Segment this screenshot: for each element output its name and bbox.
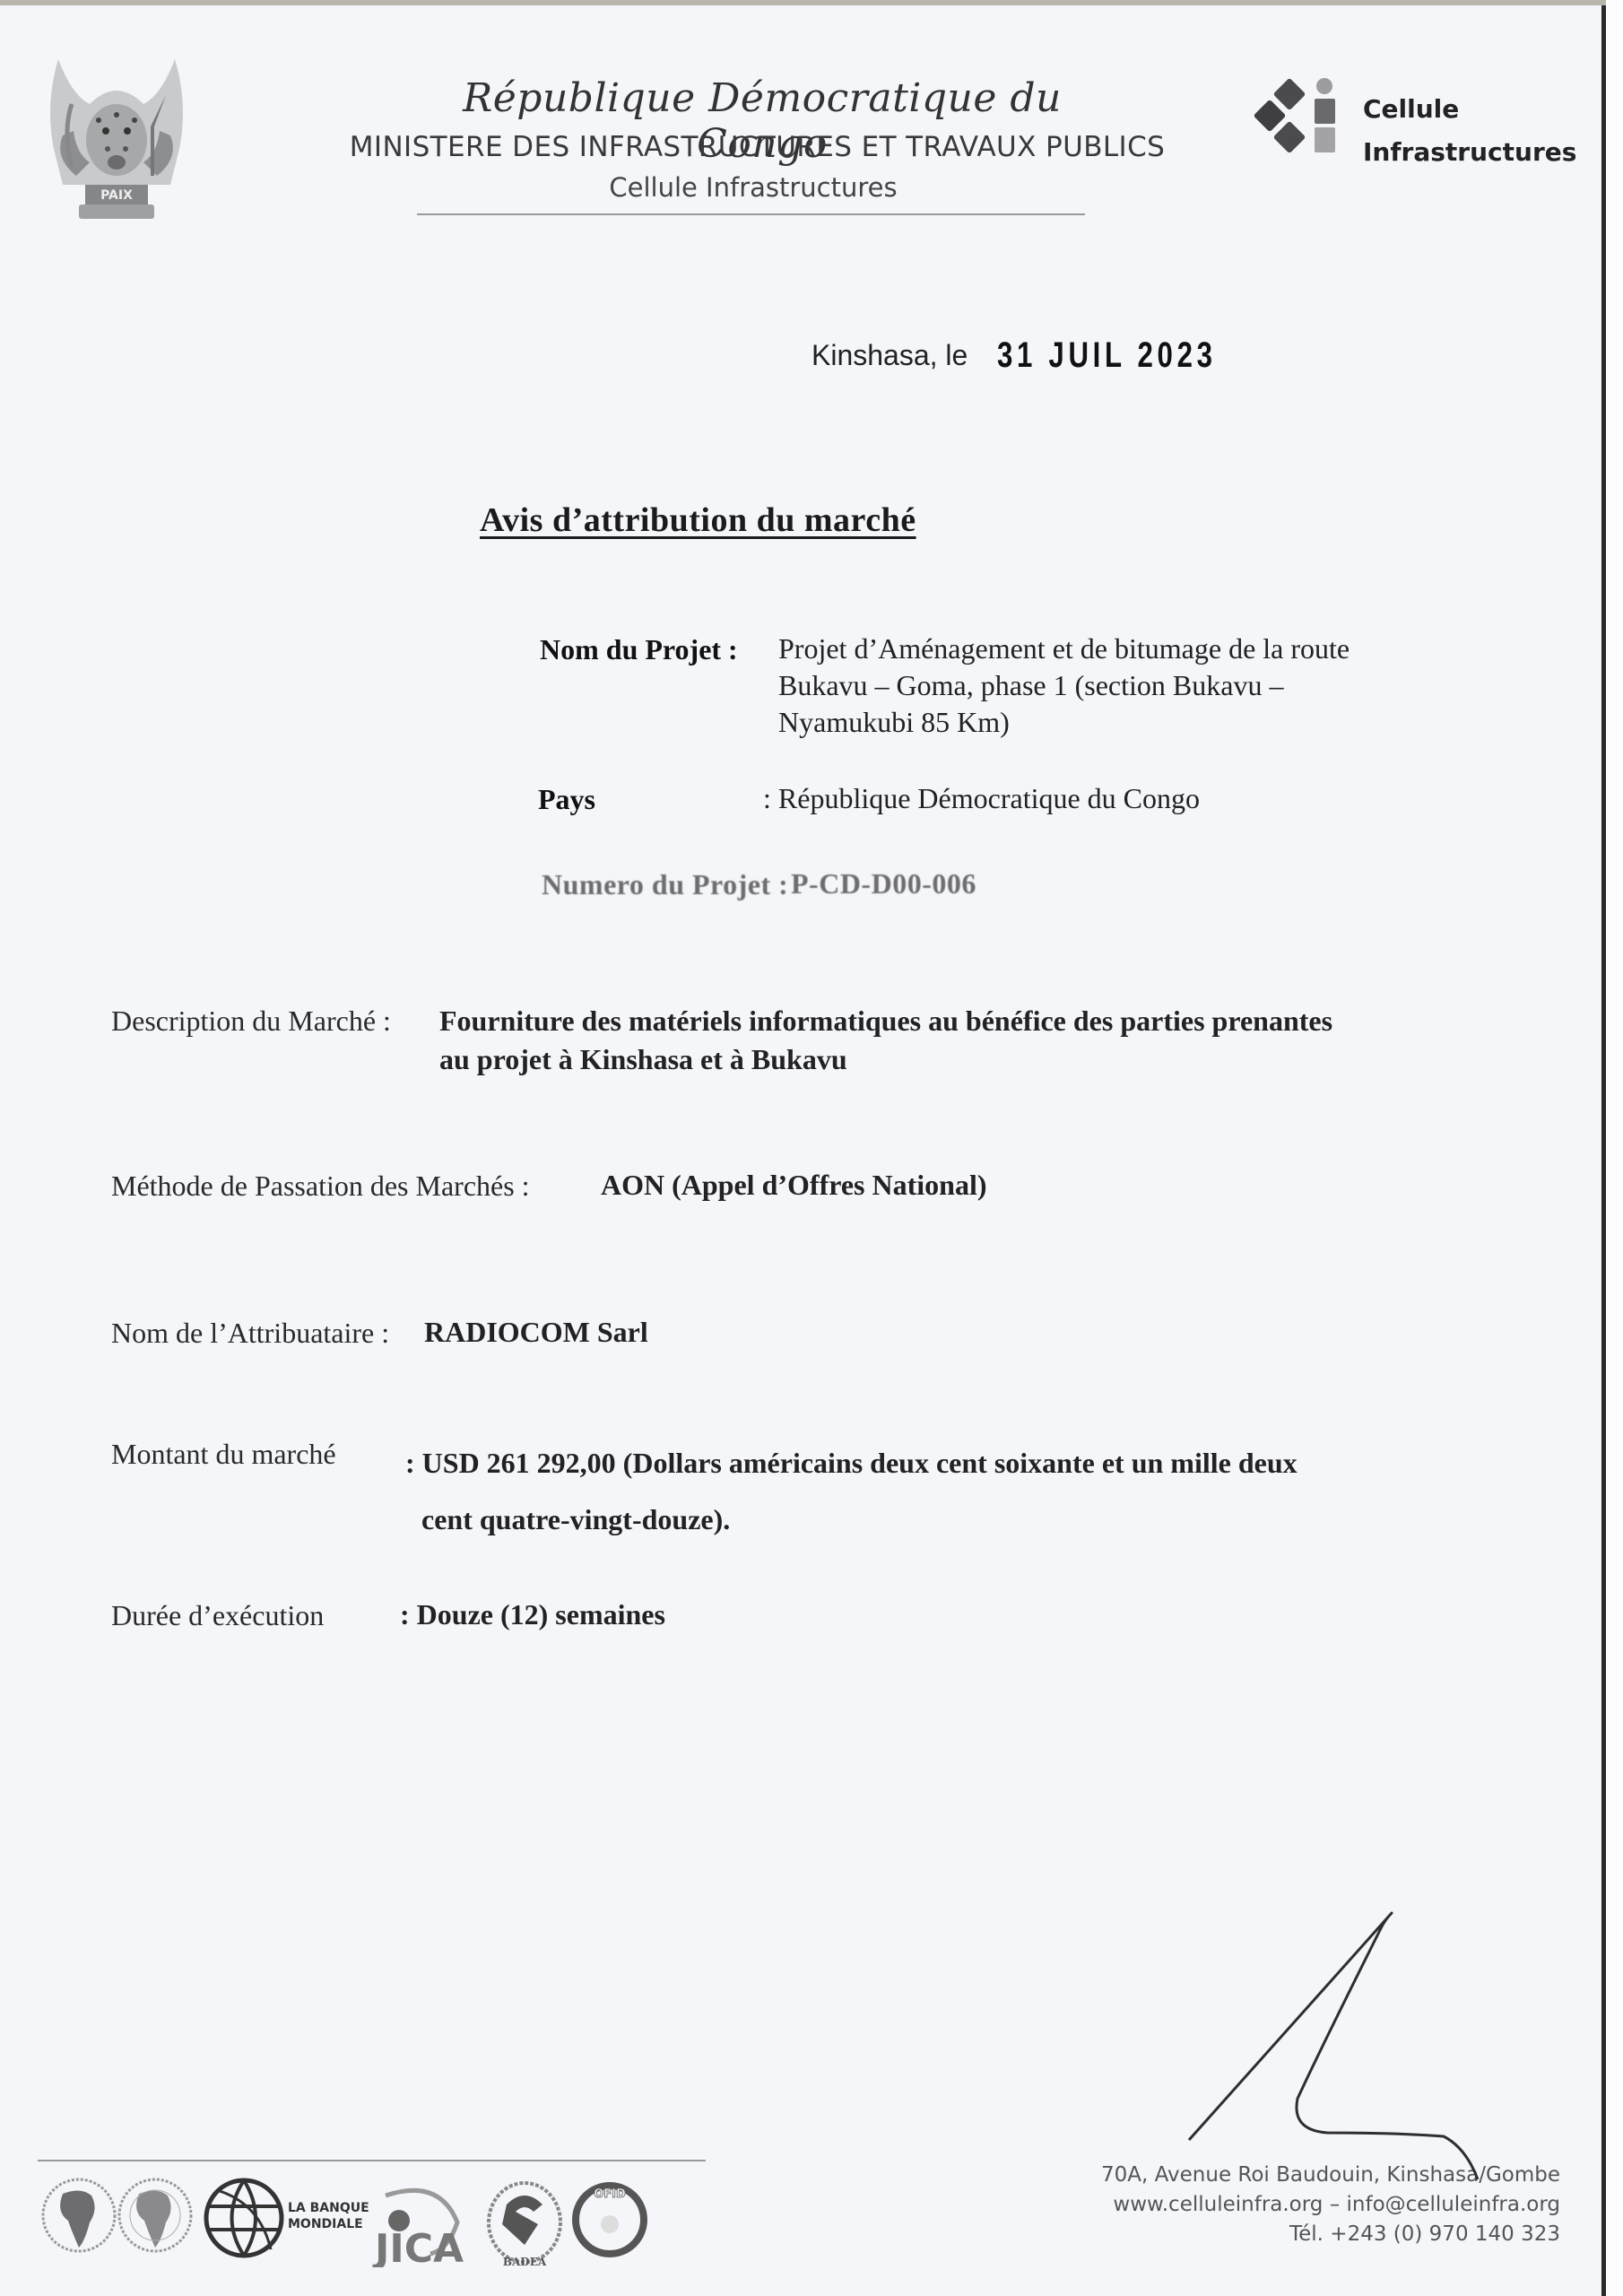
awardee-label: Nom de l’Attribuataire : — [111, 1317, 389, 1350]
drc-coat-of-arms-icon: PAIX — [36, 41, 197, 221]
web-email-line: www.celluleinfra.org – info@celluleinfra… — [1040, 2190, 1560, 2220]
brand-line-1: Cellule — [1363, 88, 1576, 131]
svg-text:PAIX: PAIX — [100, 188, 133, 203]
project-name-line: Bukavu – Goma, phase 1 (section Bukavu – — [778, 667, 1350, 704]
description-line: au projet à Kinshasa et à Bukavu — [439, 1040, 1332, 1079]
amount-label: Montant du marché — [111, 1438, 336, 1471]
description-value: Fourniture des matériels informatiques a… — [439, 1002, 1332, 1079]
project-number-value: P-CD-D00-006 — [791, 865, 976, 902]
document-title: Avis d’attribution du marché — [480, 500, 916, 540]
afdb-africa-seal-icon — [43, 2179, 115, 2251]
project-name-line: Nyamukubi 85 Km) — [778, 704, 1350, 741]
method-label: Méthode de Passation des Marchés : — [111, 1170, 530, 1203]
world-bank-globe-icon — [206, 2180, 282, 2256]
world-bank-label-2: MONDIALE — [288, 2217, 363, 2231]
project-name-label: Nom du Projet : — [540, 633, 738, 666]
ministry-name: MINISTERE DES INFRASTRUCTURES ET TRAVAUX… — [307, 131, 1208, 163]
svg-text:BADEA: BADEA — [503, 2256, 547, 2267]
contact-address: 70A, Avenue Roi Baudouin, Kinshasa/Gombe… — [1040, 2161, 1560, 2249]
partner-logos: LA BANQUE MONDIALE JICA BADEA OFID — [36, 2169, 717, 2267]
footer-divider — [38, 2160, 706, 2161]
header-divider — [417, 213, 1085, 215]
scan-right-margin — [1606, 0, 1623, 2296]
adf-africa-globe-icon — [119, 2179, 191, 2251]
duration-label: Durée d’exécution — [111, 1599, 324, 1632]
description-label: Description du Marché : — [111, 1004, 391, 1038]
country-value: : République Démocratique du Congo — [763, 780, 1200, 817]
method-value: AON (Appel d’Offres National) — [601, 1167, 987, 1204]
date-place: Kinshasa, le — [811, 339, 968, 371]
project-name-value: Projet d’Aménagement et de bitumage de l… — [778, 631, 1350, 741]
amount-value: : USD 261 292,00 (Dollars américains deu… — [405, 1435, 1298, 1548]
project-name-line: Projet d’Aménagement et de bitumage de l… — [778, 631, 1350, 667]
brand-line-2: Infrastructures — [1363, 131, 1576, 174]
badea-seal-icon: BADEA — [489, 2183, 560, 2267]
jica-logo-icon: JICA — [372, 2190, 464, 2267]
brand-wordmark: Cellule Infrastructures — [1363, 88, 1576, 174]
amount-line: cent quatre-vingt-douze). — [405, 1492, 1298, 1548]
address-line: 70A, Avenue Roi Baudouin, Kinshasa/Gombe — [1040, 2161, 1560, 2190]
amount-line: : USD 261 292,00 (Dollars américains deu… — [405, 1435, 1298, 1492]
country-label: Pays — [538, 783, 595, 816]
description-line: Fourniture des matériels informatiques a… — [439, 1002, 1332, 1040]
svg-text:OFID: OFID — [594, 2187, 626, 2201]
phone-line: Tél. +243 (0) 970 140 323 — [1040, 2220, 1560, 2249]
world-bank-label-1: LA BANQUE — [288, 2201, 369, 2215]
ofid-ring-icon: OFID — [576, 2186, 644, 2254]
awardee-value: RADIOCOM Sarl — [424, 1314, 648, 1351]
duration-value: : Douze (12) semaines — [400, 1596, 665, 1633]
project-number-label: Numero du Projet : — [542, 868, 788, 901]
date-line: Kinshasa, le 31 JUIL 2023 — [811, 335, 1278, 376]
cellule-infrastructures-logo-icon — [1251, 75, 1350, 174]
document-page: PAIX République Démocratique du Congo MI… — [0, 5, 1606, 2296]
unit-name: Cellule Infrastructures — [538, 172, 968, 203]
date-stamp: 31 JUIL 2023 — [997, 335, 1217, 376]
svg-text:JICA: JICA — [372, 2226, 464, 2267]
